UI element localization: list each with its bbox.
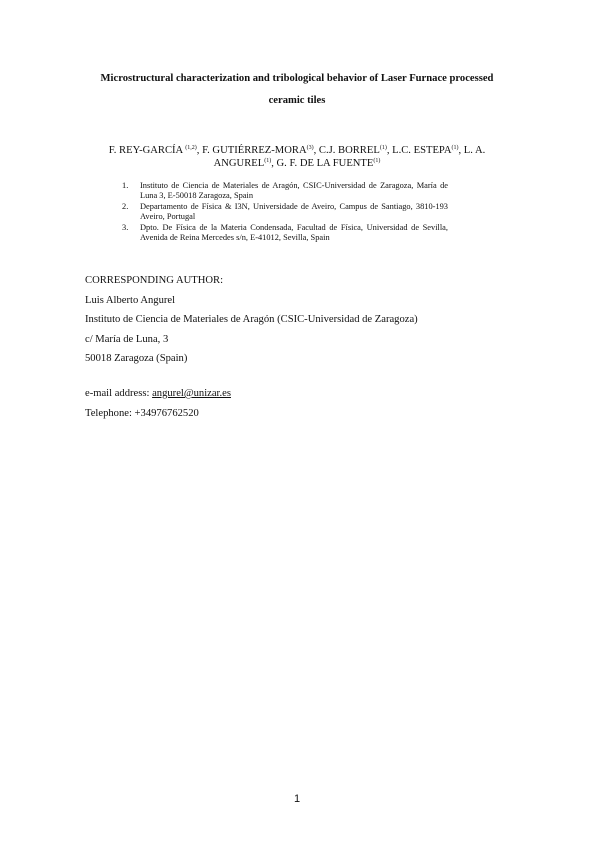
affiliation-number: 3. [122,223,128,233]
document-page: Microstructural characterization and tri… [0,0,594,841]
corresponding-street: c/ María de Luna, 3 [85,330,525,350]
telephone-line: Telephone: +34976762520 [85,404,525,424]
page-number: 1 [0,793,594,805]
title-line-2: ceramic tiles [70,90,524,112]
affiliation-text: Departamento de Física & I3N, Universida… [140,202,448,223]
affiliation-text: Dpto. De Física de la Materia Condensada… [140,223,448,244]
author-list: F. REY-GARCÍA (1,2), F. GUTIÉRREZ-MORA(3… [84,145,510,170]
email-label: e-mail address: [85,388,152,399]
affiliation-item: 3. Dpto. De Física de la Materia Condens… [118,223,448,244]
email-line: e-mail address: angurel@unizar.es [85,384,525,404]
affiliation-item: 1. Instituto de Ciencia de Materiales de… [118,181,448,202]
corresponding-institution: Instituto de Ciencia de Materiales de Ar… [85,310,525,330]
affiliation-list: 1. Instituto de Ciencia de Materiales de… [118,181,448,243]
corresponding-city: 50018 Zaragoza (Spain) [85,349,525,369]
corresponding-name: Luis Alberto Angurel [85,291,525,311]
corresponding-author-block: CORRESPONDING AUTHOR: Luis Alberto Angur… [85,271,525,369]
author: F. GUTIÉRREZ-MORA(3), [202,145,319,156]
corresponding-heading: CORRESPONDING AUTHOR: [85,271,525,291]
paper-title: Microstructural characterization and tri… [70,68,524,112]
author: F. REY-GARCÍA (1,2), [109,145,202,156]
affiliation-item: 2. Departamento de Física & I3N, Univers… [118,202,448,223]
title-line-1: Microstructural characterization and tri… [70,68,524,90]
affiliation-text: Instituto de Ciencia de Materiales de Ar… [140,181,448,202]
author: G. F. DE LA FUENTE(1) [277,158,381,169]
author: L.C. ESTEPA(1), [392,145,464,156]
author: C.J. BORREL(1), [319,145,392,156]
contact-block: e-mail address: angurel@unizar.es Teleph… [85,384,525,423]
email-link[interactable]: angurel@unizar.es [152,388,231,399]
affiliation-number: 2. [122,202,128,212]
affiliation-number: 1. [122,181,128,191]
